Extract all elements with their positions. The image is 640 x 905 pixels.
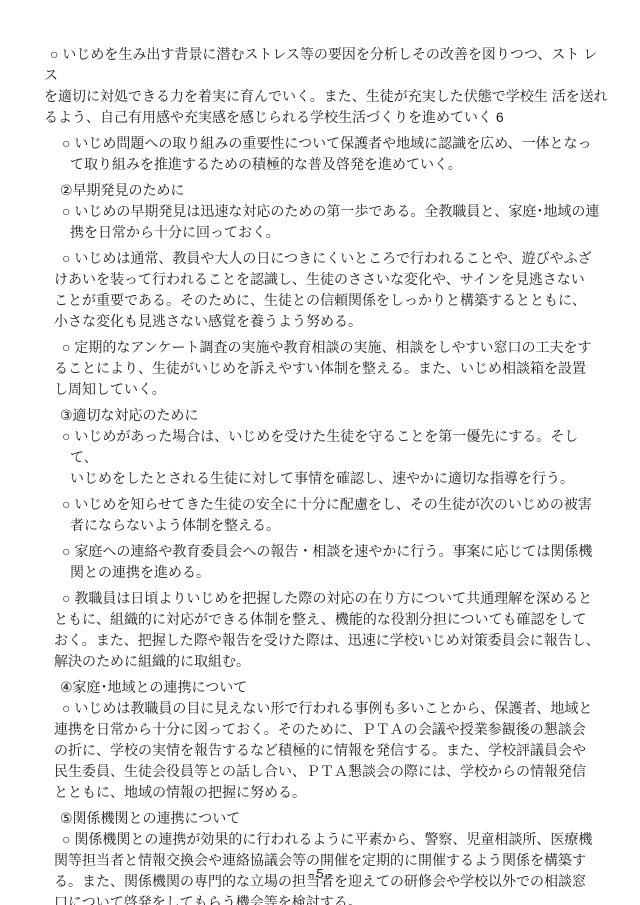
section-heading: ②早期発見のために: [60, 180, 600, 201]
section-heading: ⑤関係機関との連携について: [60, 808, 600, 829]
paragraph: ○ いじめがあった場合は、いじめを受けた生徒を守ることを第一優先にする。そして、…: [70, 426, 600, 489]
document-body: ○ いじめを生み出す背景に潜むストレス等の要因を分析しその改善を図りつつ、スト …: [0, 44, 640, 905]
paragraph: ○ いじめは教職員の目に見えない形で行われる事例も多いことから、保護者、地域と …: [54, 698, 600, 803]
section-heading: ③適切な対応のために: [60, 405, 600, 426]
paragraph: ○ 定期的なアンケート調査の実施や教育相談の実施、相談をしやすい窓口の工夫をす …: [54, 337, 600, 400]
section-heading: ④家庭･地域との連携について: [60, 677, 600, 698]
paragraph: ○ 教職員は日頃よりいじめを把握した際の対応の在り方について共通理解を深めると …: [54, 588, 600, 672]
paragraph: ○ いじめを知らせてきた生徒の安全に十分に配慮をし、その生徒が次のいじめの被害 …: [70, 494, 600, 536]
paragraph: ○ いじめは通常、教員や大人の日につきにくいところで行われることや、遊びやふざ …: [54, 248, 600, 332]
paragraph: ○ いじめ問題への取り組みの重要性について保護者や地域に認識を広め、一体となっ …: [70, 133, 600, 175]
document-page: ○ いじめを生み出す背景に潜むストレス等の要因を分析しその改善を図りつつ、スト …: [0, 0, 640, 905]
paragraph: ○ いじめの早期発見は迅速な対応のための第一歩である。全教職員と、家庭･地域の連…: [70, 201, 600, 243]
page-number: - 5 -: [0, 866, 640, 881]
paragraph: ○ 家庭への連絡や教育委員会への報告・相談を速やかに行う。事案に応じては関係機 …: [70, 541, 600, 583]
paragraph: ○ いじめを生み出す背景に潜むストレス等の要因を分析しその改善を図りつつ、スト …: [44, 44, 610, 128]
